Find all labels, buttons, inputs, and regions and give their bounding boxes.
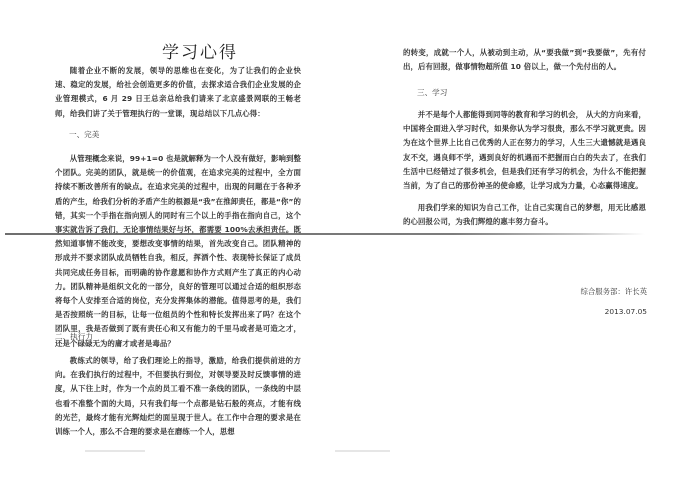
scan-artifact-line <box>5 233 645 235</box>
section-1-paragraph: 从管理概念来说，99+1=0 也是就解释为一个人没有做好，影响到整个团队。完美的… <box>55 152 301 351</box>
intro-paragraph: 随着企业不断的发展，领导的思维也在变化，为了让我们的企业快速、稳定的发展，给社会… <box>55 64 301 121</box>
date: 2013.07.05 <box>605 307 647 316</box>
scan-smudge <box>335 450 390 452</box>
section-3: 三、学习 并不是每个人都能得到同等的教育和学习的机会， 从大的方向来看，中国将全… <box>403 86 646 230</box>
document-title: 学习心得 <box>0 38 400 63</box>
section-3-paragraph-2: 用我们学来的知识为自己工作，让自己实现自己的梦想，用无比感恩的心回报公司，为我们… <box>403 201 646 229</box>
continuation-paragraph: 的转变，成就一个人，从被动到主动，从“要我做”到“我要做”，先有付出，后有回报，… <box>403 46 646 74</box>
section-3-paragraph-1: 并不是每个人都能得到同等的教育和学习的机会， 从大的方向来看，中国将全面进入学习… <box>403 108 646 193</box>
right-page: 的转变，成就一个人，从被动到主动，从“要我做”到“我要做”，先有付出，后有回报，… <box>350 0 700 495</box>
section-1-heading: 一、完美 <box>55 128 301 142</box>
section-3-heading: 三、学习 <box>403 86 646 100</box>
signature: 综合服务部：许长英 <box>580 286 647 297</box>
left-page: 学习心得 随着企业不断的发展，领导的思维也在变化，为了让我们的企业快速、稳定的发… <box>0 0 350 495</box>
intro-block: 随着企业不断的发展，领导的思维也在变化，为了让我们的企业快速、稳定的发展，给社会… <box>55 64 301 121</box>
section-2-paragraph: 教练式的领导，给了我们理论上的指导，激励，给我们提供前进的方向。在我们执行的过程… <box>55 354 301 439</box>
scan-smudge <box>85 450 145 452</box>
section-2-heading: 二、执行力 <box>55 330 301 344</box>
continuation-block: 的转变，成就一个人，从被动到主动，从“要我做”到“我要做”，先有付出，后有回报，… <box>403 46 646 74</box>
section-1: 一、完美 从管理概念来说，99+1=0 也是就解释为一个人没有做好，影响到整个团… <box>55 128 301 351</box>
section-2: 二、执行力 教练式的领导，给了我们理论上的指导，激励，给我们提供前进的方向。在我… <box>55 330 301 439</box>
